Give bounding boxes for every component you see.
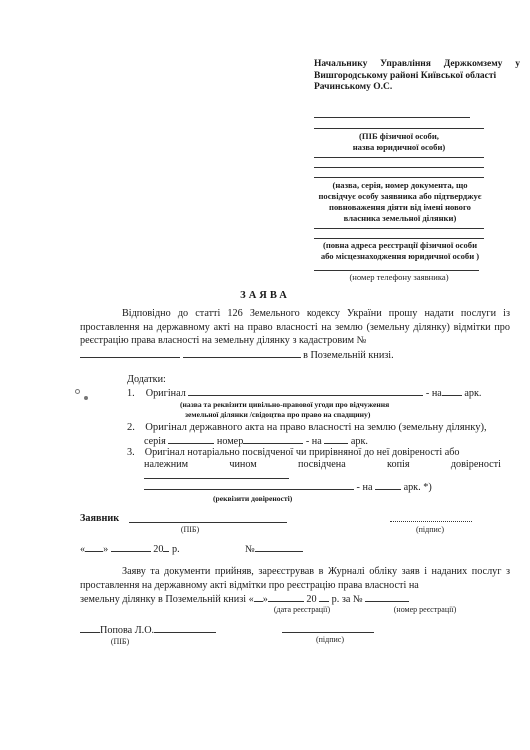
addressee-word: Начальнику — [314, 59, 367, 71]
name-caption-1: (ПІБ фізичної особи, — [314, 131, 484, 142]
item1-caption-1: (назва та реквізити цивільно-правової уг… — [180, 400, 389, 410]
item3-sheets-field[interactable] — [375, 480, 401, 490]
attachment-1: 1. Оригінал - на арк. — [127, 386, 481, 400]
power-of-attorney-field-1[interactable] — [144, 478, 289, 479]
official-name: Попова Л.О. — [100, 625, 154, 636]
application-number: № — [245, 542, 303, 556]
attachment-3-line2: належним чином посвідчена копія довірено… — [144, 458, 501, 471]
document-field-2[interactable] — [314, 167, 484, 168]
official-line: Попова Л.О. — [80, 623, 216, 637]
scan-speck — [75, 389, 80, 394]
reg-month-field[interactable] — [268, 592, 304, 602]
addressee-word: Управління — [380, 59, 431, 71]
reg-number-caption: (номер реєстрації) — [380, 604, 470, 615]
doc-caption-3: повноваження діяти від імені нового — [300, 202, 500, 213]
agreement-field[interactable] — [188, 386, 423, 396]
attachment-2: 2. Оригінал державного акта на право вла… — [127, 421, 487, 434]
official-sign-caption: (підпис) — [300, 634, 360, 645]
reg-number-field[interactable] — [365, 592, 409, 602]
power-of-attorney-caption: (реквізити довіреності) — [213, 494, 292, 504]
applicant-name-field[interactable] — [314, 117, 470, 118]
address-field-1[interactable] — [314, 228, 484, 229]
document-field-1[interactable] — [314, 157, 484, 158]
applicant-signature-field[interactable] — [390, 521, 472, 522]
request-paragraph: Відповідно до статті 126 Земельного коде… — [80, 307, 510, 348]
month-field[interactable] — [111, 542, 151, 552]
address-field-2[interactable] — [314, 238, 484, 239]
applicant-pib-field[interactable] — [129, 522, 287, 523]
number-field[interactable] — [243, 434, 303, 444]
registration-line: земельну ділянку в Поземельній книзі «» … — [80, 592, 409, 606]
application-number-field[interactable] — [255, 542, 303, 552]
name-caption-2: назва юридичної особи) — [314, 142, 484, 153]
item2-sheets-field[interactable] — [324, 434, 348, 444]
reg-date-caption: (дата реєстрації) — [262, 604, 342, 615]
year-field[interactable] — [163, 542, 169, 552]
addressee-word: у — [515, 59, 520, 71]
official-signature-field[interactable] — [282, 632, 374, 633]
item1-caption-2: земельної ділянки /свідоцтва про право н… — [185, 410, 370, 420]
document-title: ЗАЯВА — [0, 290, 530, 301]
doc-caption-4: власника земельної ділянки) — [300, 213, 500, 224]
power-of-attorney-field-2[interactable] — [144, 480, 354, 490]
doc-caption-2: посвідчує особу заявника або підтверджує — [300, 191, 500, 202]
phone-caption: (номер телефону заявника) — [314, 272, 484, 283]
attachment-3-line4: - на арк. *) — [144, 480, 432, 494]
cadastral-number-field-2[interactable] — [183, 348, 301, 358]
phone-field[interactable] — [314, 270, 479, 271]
address-caption-2: або місцезнаходження юридичної особи ) — [300, 251, 500, 262]
addressee-word: Держкомзему — [444, 59, 503, 71]
document-field-3[interactable] — [314, 177, 484, 178]
reg-year-field[interactable] — [319, 592, 329, 602]
applicant-label: Заявник — [80, 512, 119, 525]
applicant-pib-caption: (ПІБ) — [170, 524, 210, 535]
cadastral-number-field-1[interactable] — [80, 348, 180, 358]
applicant-name-field-2[interactable] — [314, 128, 484, 129]
date-line: «» 20 р. — [80, 542, 180, 556]
item1-sheets-field[interactable] — [442, 386, 462, 396]
applicant-sign-caption: (підпис) — [400, 524, 460, 535]
reg-day-field[interactable] — [254, 592, 263, 602]
addressee-block: Начальнику Управління Держкомзему у Вишг… — [314, 59, 520, 94]
doc-caption-1: (назва, серія, номер документа, що — [300, 180, 500, 191]
addressee-line3: Рачинському О.С. — [314, 82, 520, 94]
day-field[interactable] — [85, 542, 103, 552]
official-pib-caption: (ПІБ) — [105, 636, 135, 647]
address-caption-1: (повна адреса реєстрації фізичної особи — [300, 240, 500, 251]
series-field[interactable] — [168, 434, 214, 444]
scan-speck — [84, 396, 88, 400]
addressee-line2: Вишгородському районі Київської області — [314, 71, 520, 83]
attachments-heading: Додатки: — [127, 373, 166, 386]
registration-paragraph: Заяву та документи прийняв, зареєстрував… — [80, 565, 510, 592]
cadastral-line: в Поземельній книзі. — [80, 348, 394, 362]
